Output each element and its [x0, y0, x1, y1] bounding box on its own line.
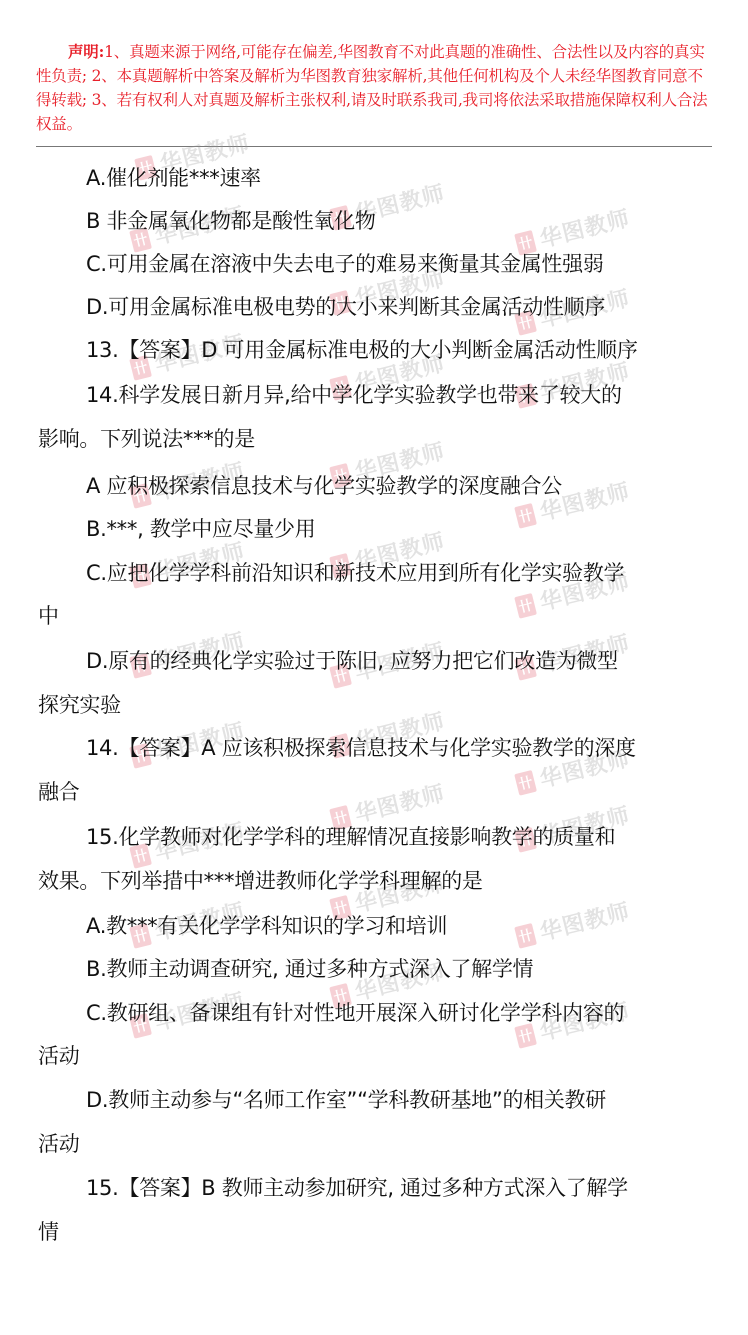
watermark-logo-icon: 卄	[514, 1023, 537, 1049]
option-14b: B.***, 教学中应尽量少用	[86, 516, 315, 542]
question-14-line2: 影响。下列说法***的是	[38, 426, 255, 452]
answer-14-line2: 融合	[38, 779, 79, 805]
disclaimer-lead: 声明:	[68, 42, 104, 61]
watermark-logo-icon: 卄	[514, 503, 537, 529]
question-15-line1: 15.化学教师对化学学科的理解情况直接影响教学的质量和	[86, 824, 615, 850]
option-15d-line2: 活动	[38, 1131, 79, 1157]
answer-13: 13.【答案】D 可用金属标准电极的大小判断金属活动性顺序	[86, 337, 638, 363]
watermark-logo-icon: 卄	[514, 923, 537, 949]
divider	[36, 146, 712, 147]
watermark-text: 华图教师	[351, 776, 448, 828]
watermark-logo-icon: 卄	[514, 770, 537, 796]
option-12d: D.可用金属标准电极电势的大小来判断其金属活动性顺序	[86, 294, 605, 320]
answer-15-line1: 15.【答案】B 教师主动参加研究, 通过多种方式深入了解学	[86, 1175, 628, 1201]
disclaimer-text: 1、真题来源于网络,可能存在偏差,华图教育不对此真题的准确性、合法性以及内容的真…	[36, 43, 707, 133]
option-15d-line1: D.教师主动参与“名师工作室”“学科教研基地”的相关教研	[86, 1087, 606, 1113]
watermark-logo-icon: 卄	[514, 593, 537, 619]
option-15b: B.教师主动调查研究, 通过多种方式深入了解学情	[86, 956, 533, 982]
option-14c-line1: C.应把化学学科前沿知识和新技术应用到所有化学实验教学	[86, 560, 624, 586]
disclaimer: 声明:1、真题来源于网络,可能存在偏差,华图教育不对此真题的准确性、合法性以及内…	[36, 40, 712, 136]
option-14a: A 应积极探索信息技术与化学实验教学的深度融合公	[86, 473, 562, 499]
option-14d-line1: D.原有的经典化学实验过于陈旧, 应努力把它们改造为微型	[86, 648, 618, 674]
watermark-text: 华图教师	[536, 894, 633, 946]
watermark: 卄华图教师	[513, 894, 633, 952]
option-15a: A.教***有关化学学科知识的学习和培训	[86, 913, 447, 939]
option-12b: B 非金属氧化物都是酸性氧化物	[86, 208, 376, 234]
watermark-text: 华图教师	[536, 201, 633, 253]
option-15c-line1: C.教研组、备课组有针对性地开展深入研讨化学学科内容的	[86, 1000, 624, 1026]
answer-14-line1: 14.【答案】A 应该积极探索信息技术与化学实验教学的深度	[86, 735, 636, 761]
question-15-line2: 效果。下列举措中***增进教师化学学科理解的是	[38, 868, 483, 894]
option-12a: A.催化剂能***速率	[86, 165, 261, 191]
option-15c-line2: 活动	[38, 1043, 79, 1069]
option-12c: C.可用金属在溶液中失去电子的难易来衡量其金属性强弱	[86, 251, 604, 277]
answer-15-line2: 情	[38, 1219, 59, 1245]
option-14c-line2: 中	[38, 603, 59, 629]
option-14d-line2: 探究实验	[38, 692, 121, 718]
question-14-line1: 14.科学发展日新月异,给中学化学实验教学也带来了较大的	[86, 382, 622, 408]
